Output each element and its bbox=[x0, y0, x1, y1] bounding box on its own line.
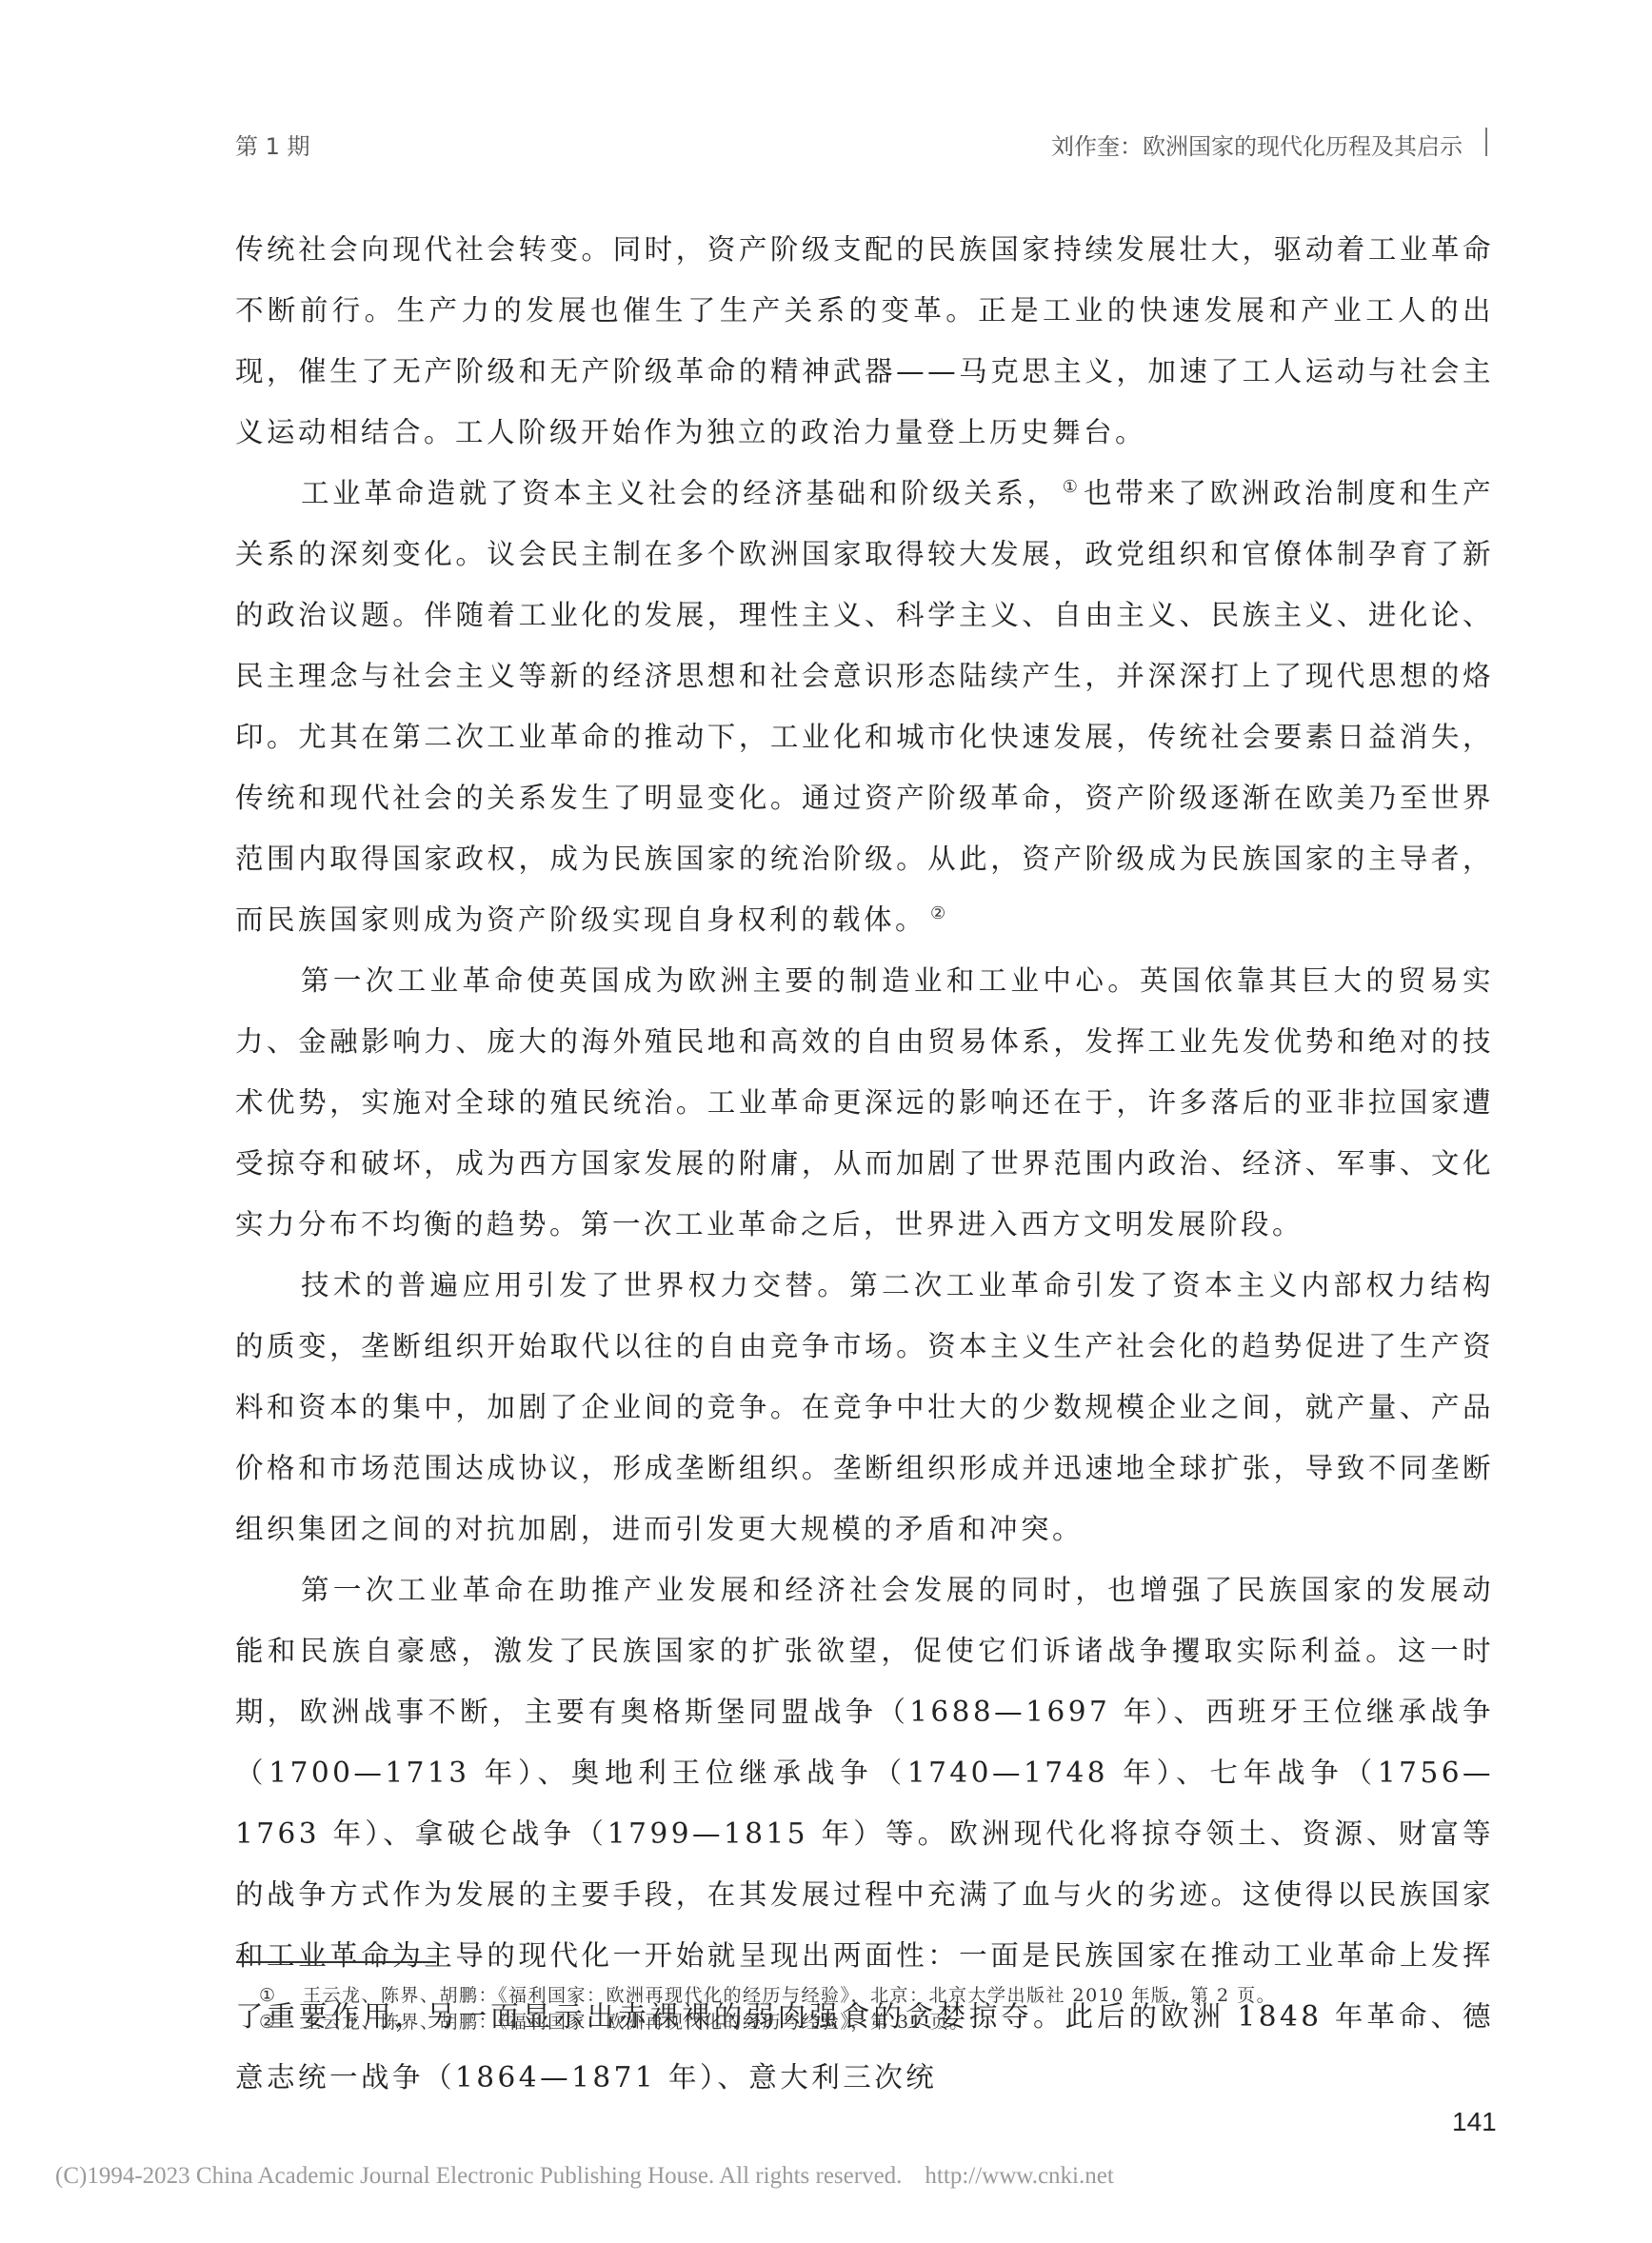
footnote-text: 王云龙、陈界、胡鹏：《福利国家：欧洲再现代化的经历与经验》，第 31 页。 bbox=[303, 2009, 969, 2035]
footnote-marker: ② bbox=[259, 2009, 303, 2035]
footnote-2: ② 王云龙、陈界、胡鹏：《福利国家：欧洲再现代化的经历与经验》，第 31 页。 bbox=[259, 2009, 1497, 2035]
issue-number: 第 1 期 bbox=[235, 128, 310, 161]
footnote-marker: ① bbox=[259, 1982, 303, 2009]
running-title: 刘作奎：欧洲国家的现代化历程及其启示 bbox=[1051, 128, 1463, 161]
footnotes: ① 王云龙、陈界、胡鹏：《福利国家：欧洲再现代化的经历与经验》，北京：北京大学出… bbox=[259, 1982, 1497, 2035]
paragraph-2-part-1: 工业革命造就了资本主义社会的经济基础和阶级关系， bbox=[301, 477, 1059, 509]
running-header: 第 1 期 刘作奎：欧洲国家的现代化历程及其启示 bbox=[235, 128, 1493, 166]
copyright-text: (C)1994-2023 China Academic Journal Elec… bbox=[55, 2163, 902, 2189]
paragraph-4: 技术的普遍应用引发了世界权力交替。第二次工业革命引发了资本主义内部权力结构的质变… bbox=[235, 1255, 1494, 1559]
footnote-ref-2[interactable]: ② bbox=[926, 903, 951, 923]
copyright-notice: (C)1994-2023 China Academic Journal Elec… bbox=[55, 2163, 1114, 2190]
paragraph-3: 第一次工业革命使英国成为欧洲主要的制造业和工业中心。英国依靠其巨大的贸易实力、金… bbox=[235, 950, 1494, 1255]
footnote-ref-1[interactable]: ① bbox=[1059, 477, 1084, 497]
page-number: 141 bbox=[1452, 2107, 1497, 2137]
footnote-1: ① 王云龙、陈界、胡鹏：《福利国家：欧洲再现代化的经历与经验》，北京：北京大学出… bbox=[259, 1982, 1497, 2009]
paragraph-1: 传统社会向现代社会转变。同时，资产阶级支配的民族国家持续发展壮大，驱动着工业革命… bbox=[235, 219, 1494, 463]
paragraph-2-part-2: 也带来了欧洲政治制度和生产关系的深刻变化。议会民主制在多个欧洲国家取得较大发展，… bbox=[235, 477, 1494, 936]
footnote-text: 王云龙、陈界、胡鹏：《福利国家：欧洲再现代化的经历与经验》，北京：北京大学出版社… bbox=[303, 1982, 1276, 2009]
footnote-separator bbox=[236, 1961, 436, 1963]
paragraph-2: 工业革命造就了资本主义社会的经济基础和阶级关系，①也带来了欧洲政治制度和生产关系… bbox=[235, 463, 1494, 950]
header-divider bbox=[1485, 128, 1487, 156]
article-body: 传统社会向现代社会转变。同时，资产阶级支配的民族国家持续发展壮大，驱动着工业革命… bbox=[235, 219, 1494, 2108]
cnki-link[interactable]: http://www.cnki.net bbox=[925, 2163, 1113, 2189]
